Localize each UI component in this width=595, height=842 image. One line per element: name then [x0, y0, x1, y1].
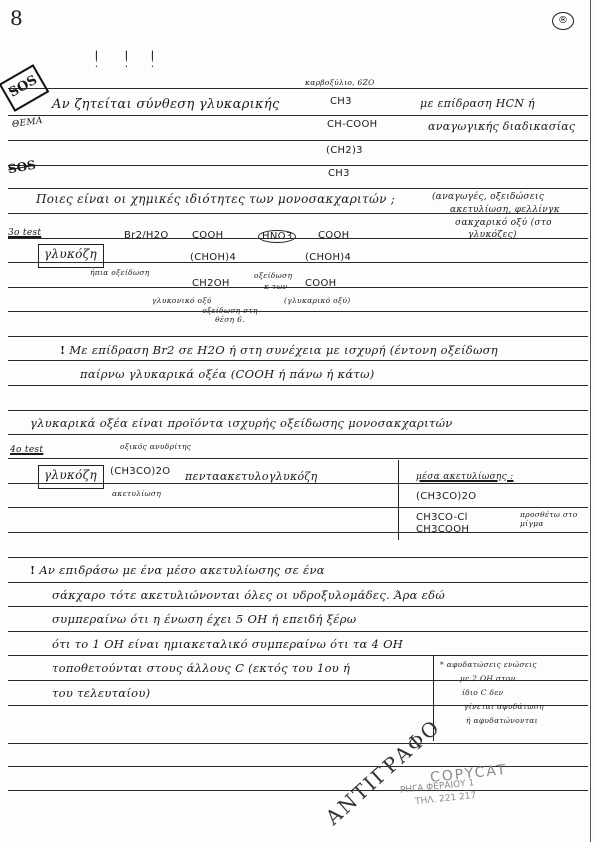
note-text: γλυκαρικά οξέα είναι προϊόντα ισχυρής οξ… — [30, 416, 453, 430]
side-note: γλυκόζες) — [468, 230, 517, 240]
reagent-note: ακετυλίωση — [112, 489, 161, 498]
section1-right-text: αναγωγικής διαδικασίας — [428, 120, 575, 133]
paragraph-line: σάκχαρο τότε ακετυλιώνονται όλες οι υδρο… — [52, 588, 445, 602]
ruled-line — [8, 434, 588, 435]
ruled-line — [8, 287, 588, 288]
reagent: HNO3 — [258, 230, 296, 243]
box-note: με 2 OH στον — [460, 674, 515, 683]
ruled-line — [8, 631, 588, 632]
paragraph-text: Αν επιδράσω με ένα μέσο ακετυλίωσης σε έ… — [39, 563, 325, 577]
side-item: CH3CO-Cl — [416, 512, 468, 523]
section1-text: Αν ζητείται σύνθεση γλυκαρικής — [52, 97, 280, 112]
note-text: παίρνω γλυκαρικά οξέα (COOH ή πάνω ή κάτ… — [80, 367, 375, 381]
side-note: σακχαρικό οξύ (στο — [455, 218, 552, 228]
bullet-icon: ! — [60, 343, 65, 357]
note-text: Με επίδραση Br2 σε H2O ή στη συνέχεια με… — [69, 343, 498, 357]
sos-stamp: SOS — [0, 64, 49, 112]
ruled-line — [8, 458, 588, 459]
test-label: 3ο test — [8, 228, 41, 238]
side-item: CH3COOH — [416, 524, 469, 535]
ruled-line — [8, 410, 588, 411]
ruled-line — [8, 385, 588, 386]
formula-line: (CH2)3 — [326, 145, 363, 156]
side-item: (CH3CO)2O — [416, 491, 476, 502]
page-number: 8 — [10, 6, 23, 30]
product-line: (CHOH)4 — [305, 252, 351, 263]
ruled-line — [8, 557, 588, 558]
paragraph-line: συμπεραίνω ότι η ένωση έχει 5 OH ή επειδ… — [52, 612, 356, 626]
product: πενταακετυλογλυκόζη — [185, 470, 318, 483]
product-line: COOH — [305, 278, 336, 289]
side-note: προσθέτω στο μίγμα — [520, 510, 580, 528]
section1-right-text: με επίδραση HCN ή — [420, 97, 535, 110]
page-edge — [590, 0, 591, 842]
box-note: ίδιο C δεν — [462, 688, 504, 697]
product-note: οξείδωση στη θέση 6. — [200, 306, 260, 324]
product-line: COOH — [192, 230, 223, 241]
side-note: (αναγωγές, οξειδώσεις — [432, 192, 544, 202]
product-line: CH2OH — [192, 278, 230, 289]
copy-stamp: ΑΝΤΙΓΡΑΦΟ — [321, 714, 445, 829]
annotation: οξικός ανυδρίτης — [120, 442, 191, 451]
ruled-line — [8, 311, 588, 312]
ruled-line — [8, 88, 588, 89]
reagent-note: κ των — [264, 282, 288, 291]
side-title: μέσα ακετυλίωσης : — [416, 472, 513, 482]
reagent-result: οξείδωση — [254, 271, 292, 280]
side-note: ακετυλίωση, φελλίνγκ — [450, 205, 560, 215]
ruled-line — [8, 188, 588, 189]
thema-label: ΘΕΜΑ — [11, 116, 43, 130]
ruled-line — [8, 165, 588, 166]
product-label: (γλυκαρικό οξύ) — [284, 296, 351, 305]
ruled-line — [8, 532, 588, 533]
paragraph-line: του τελευταίου) — [52, 686, 150, 700]
test-label: 4ο test — [10, 445, 43, 455]
paragraph-line: τοποθετούνται στους άλλους C (εκτός του … — [52, 661, 350, 675]
boxed-word: γλυκόζη — [44, 468, 97, 482]
product-line: (CHOH)4 — [190, 252, 236, 263]
exclamation-icon: ! — [92, 48, 101, 73]
formula-line: CH-COOH — [327, 119, 377, 130]
exclamation-icon: ! — [122, 48, 131, 73]
exclamation-icon: ! — [148, 48, 157, 73]
reagent-result: ήπια οξείδωση — [90, 268, 150, 277]
product-label: γλυκονικό οξύ — [152, 296, 212, 305]
corner-mark: ® — [552, 12, 574, 30]
product-line: COOH — [318, 230, 349, 241]
reagent: Br2/H2O — [124, 230, 169, 241]
box-note: γίνεται αφυδάτωση — [464, 702, 544, 711]
ruled-line — [8, 140, 588, 141]
annotation: καρβοξύλιο, 6ΖΟ — [305, 78, 375, 87]
ruled-line — [8, 582, 588, 583]
ruled-line — [8, 790, 588, 791]
sos-stamp: SOS — [7, 158, 37, 177]
ruled-line — [8, 360, 588, 361]
reagent: (CH3CO)2O — [110, 466, 170, 477]
ruled-line — [8, 507, 588, 508]
ruled-line — [8, 743, 588, 744]
note-line: ! Με επίδραση Br2 σε H2O ή στη συνέχεια … — [60, 343, 498, 357]
paragraph-line: ότι το 1 OH είναι ημιακεταλικό συμπεραίν… — [52, 637, 403, 651]
boxed-word: γλυκόζη — [44, 247, 97, 261]
paragraph-line: ! Αν επιδράσω με ένα μέσο ακετυλίωσης σε… — [30, 563, 325, 577]
question-text: Ποιες είναι οι χημικές ιδιότητες των μον… — [36, 192, 395, 206]
ruled-line — [8, 115, 588, 116]
formula-line: CH3 — [330, 96, 352, 107]
ruled-line — [8, 336, 588, 337]
bullet-icon: ! — [30, 563, 35, 577]
divider — [398, 460, 399, 540]
notebook-page: 8 ® ! ! ! SOS ΘΕΜΑ Αν ζητείται σύνθεση γ… — [0, 0, 595, 842]
box-note: * αφυδατώσεις ενώσεις — [440, 660, 537, 669]
box-note: ή αφυδατώνονται — [466, 716, 538, 725]
ruled-line — [8, 606, 588, 607]
formula-line: CH3 — [328, 168, 350, 179]
